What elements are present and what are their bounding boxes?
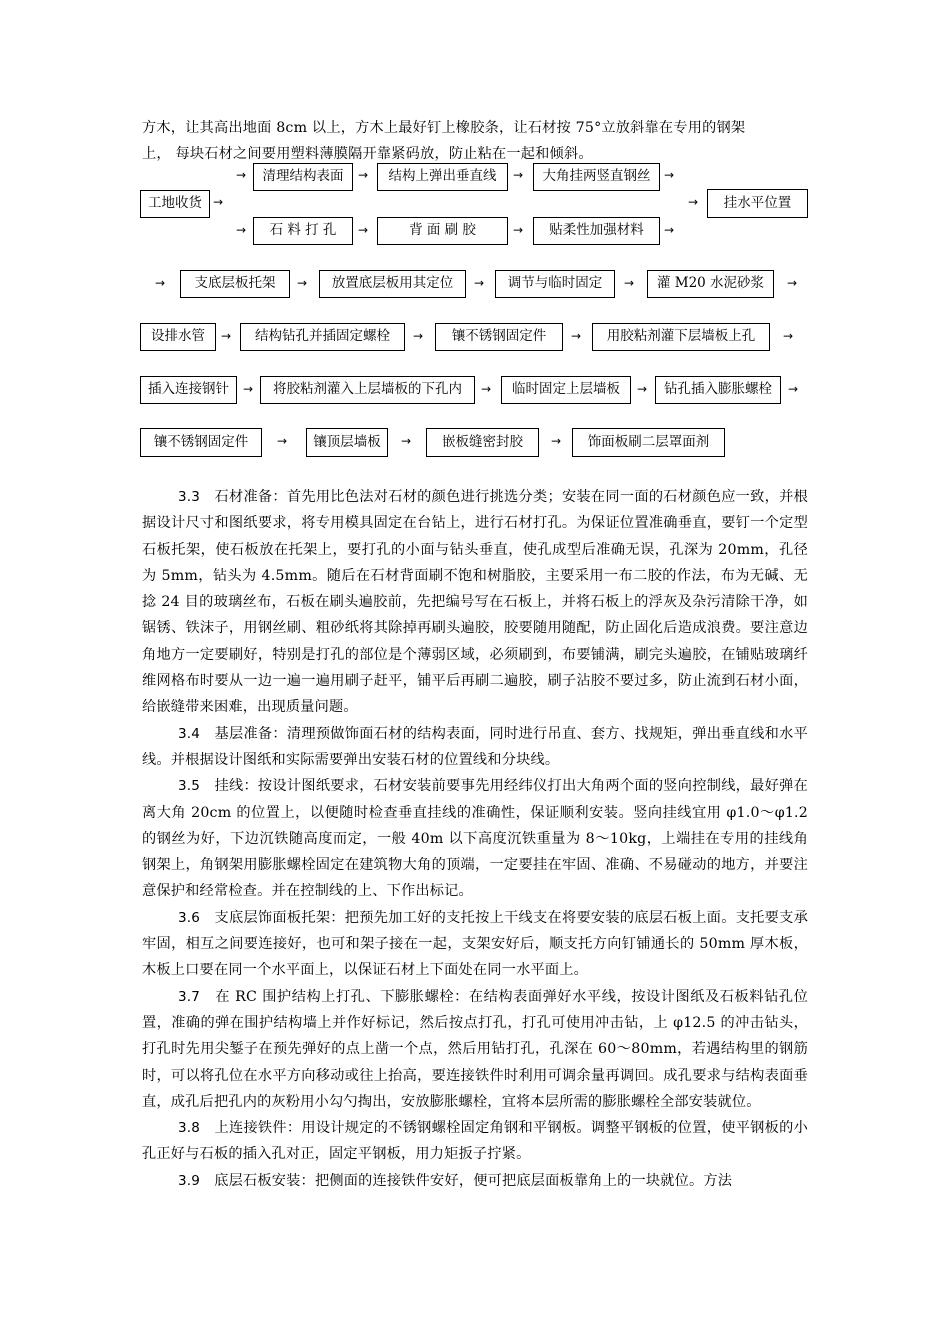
arrow-icon: → xyxy=(788,383,798,395)
arrow-icon: → xyxy=(155,277,165,289)
intro-line: 方木，让其高出地面 8cm 以上，方木上最好钉上橡胶条，让石材按 75°立放斜靠… xyxy=(142,115,808,141)
flow-box-row6-2: 镶顶层墙板 xyxy=(306,428,388,457)
section-number: 3.9 xyxy=(178,1173,200,1189)
arrow-icon: → xyxy=(513,224,523,236)
flow-box-row3-1: 支底层板托架 xyxy=(180,270,290,298)
section-number: 3.4 xyxy=(178,726,200,742)
arrow-icon: → xyxy=(783,330,793,342)
section-3-8: 3.8 上连接铁件：用设计规定的不锈钢螺栓固定角钢和平钢板。调整平钢板的位置，使… xyxy=(142,1115,808,1168)
body-sections: 3.3 石材准备：首先用比色法对石材的颜色进行挑选分类；安装在同一面的石材颜色应… xyxy=(142,484,808,1194)
section-title: 在 RC 围护结构上打孔、下膨胀螺栓： xyxy=(215,989,469,1005)
arrow-icon: → xyxy=(277,435,287,447)
section-title: 支底层饰面板托架： xyxy=(214,910,344,926)
section-3-7: 3.7 在 RC 围护结构上打孔、下膨胀螺栓：在结构表面弹好水平线，按设计图纸及… xyxy=(142,984,808,1115)
flow-box-upper-2: 结构上弹出垂直线 xyxy=(377,163,508,191)
flow-box-row5-3: 临时固定上层墙板 xyxy=(501,376,631,404)
arrow-icon: → xyxy=(664,169,674,181)
arrow-icon: → xyxy=(551,435,561,447)
flow-box-row5-4: 钻孔插入膨胀螺栓 xyxy=(655,376,781,404)
arrow-icon: → xyxy=(213,196,223,208)
flow-box-row3-2: 放置底层板用其定位 xyxy=(319,270,466,298)
flow-box-lower-1: 石 料 打 孔 xyxy=(253,217,353,245)
section-3-6: 3.6 支底层饰面板托架：把预先加工好的支托按上干线支在将要安装的底层石板上面。… xyxy=(142,905,808,984)
arrow-icon: → xyxy=(787,277,797,289)
flow-box-row4-2: 结构钻孔并插固定螺栓 xyxy=(240,323,405,351)
intro-paragraph: 方木，让其高出地面 8cm 以上，方木上最好钉上橡胶条，让石材按 75°立放斜靠… xyxy=(142,115,808,168)
arrow-icon: → xyxy=(413,330,423,342)
section-number: 3.6 xyxy=(178,910,200,926)
section-3-4: 3.4 基层准备：清理预做饰面石材的结构表面，同时进行吊直、套方、找规矩，弹出垂… xyxy=(142,721,808,774)
arrow-icon: → xyxy=(401,435,411,447)
flow-box-row5-1: 插入连接钢针 xyxy=(140,376,237,404)
arrow-icon: → xyxy=(481,383,491,395)
flow-box-lower-2: 背 面 刷 胶 xyxy=(377,217,508,245)
arrow-icon: → xyxy=(297,277,307,289)
flow-box-row3-3: 调节与临时固定 xyxy=(495,270,615,298)
flow-box-row4-1: 设排水管 xyxy=(140,323,216,351)
arrow-icon: → xyxy=(358,169,368,181)
arrow-icon: → xyxy=(513,169,523,181)
arrow-icon: → xyxy=(221,330,231,342)
section-title: 石材准备： xyxy=(214,489,286,505)
flow-box-row4-4: 用胶粘剂灌下层墙板上孔 xyxy=(592,323,770,351)
flow-box-merge: 挂水平位置 xyxy=(707,189,808,218)
arrow-icon: → xyxy=(358,224,368,236)
flow-box-row5-2: 将胶粘剂灌入上层墙板的下孔内 xyxy=(260,376,475,404)
arrow-icon: → xyxy=(664,224,674,236)
section-number: 3.7 xyxy=(178,989,200,1005)
section-number: 3.5 xyxy=(178,778,200,794)
section-number: 3.8 xyxy=(178,1120,200,1136)
flow-box-lower-3: 贴柔性加强材料 xyxy=(533,217,660,245)
flow-box-row3-4: 灌 M20 水泥砂浆 xyxy=(647,270,774,298)
flow-box-row6-1: 镶不锈钢固定件 xyxy=(140,428,262,457)
section-text: 按设计图纸要求，石材安装前要事先用经纬仪打出大角两个面的竖向控制线，最好弹在离大… xyxy=(142,778,808,899)
arrow-icon: → xyxy=(474,277,484,289)
section-3-5: 3.5 挂线：按设计图纸要求，石材安装前要事先用经纬仪打出大角两个面的竖向控制线… xyxy=(142,773,808,904)
flow-box-row6-4: 饰面板刷二层罩面剂 xyxy=(572,428,725,457)
section-text: 把侧面的连接铁件安好，便可把底层面板靠角上的一块就位。方法 xyxy=(315,1173,732,1189)
arrow-icon: → xyxy=(624,277,634,289)
section-3-3: 3.3 石材准备：首先用比色法对石材的颜色进行挑选分类；安装在同一面的石材颜色应… xyxy=(142,484,808,721)
section-number: 3.3 xyxy=(178,489,200,505)
arrow-icon: → xyxy=(236,224,246,236)
flow-box-start: 工地收货 xyxy=(140,190,210,218)
arrow-icon: → xyxy=(637,383,647,395)
section-title: 基层准备： xyxy=(214,726,286,742)
section-title: 挂线： xyxy=(214,778,257,794)
section-title: 上连接铁件： xyxy=(214,1120,301,1136)
arrow-icon: → xyxy=(688,196,698,208)
flow-box-upper-3: 大角挂两竖直钢丝 xyxy=(533,163,660,191)
flow-box-row4-3: 镶不锈钢固定件 xyxy=(435,323,563,351)
section-title: 底层石板安装： xyxy=(214,1173,315,1189)
section-text: 首先用比色法对石材的颜色进行挑选分类；安装在同一面的石材颜色应一致，并根据设计尺… xyxy=(142,489,808,715)
flow-box-row6-3: 嵌板缝密封胶 xyxy=(426,428,539,457)
arrow-icon: → xyxy=(243,383,253,395)
section-text: 在结构表面弹好水平线，按设计图纸及石板料钻孔位置，准确的弹在围护结构墙上并作好标… xyxy=(142,989,808,1110)
arrow-icon: → xyxy=(236,169,246,181)
section-3-9: 3.9 底层石板安装：把侧面的连接铁件安好，便可把底层面板靠角上的一块就位。方法 xyxy=(142,1168,808,1194)
flow-box-upper-1: 清理结构表面 xyxy=(253,163,353,191)
arrow-icon: → xyxy=(571,330,581,342)
